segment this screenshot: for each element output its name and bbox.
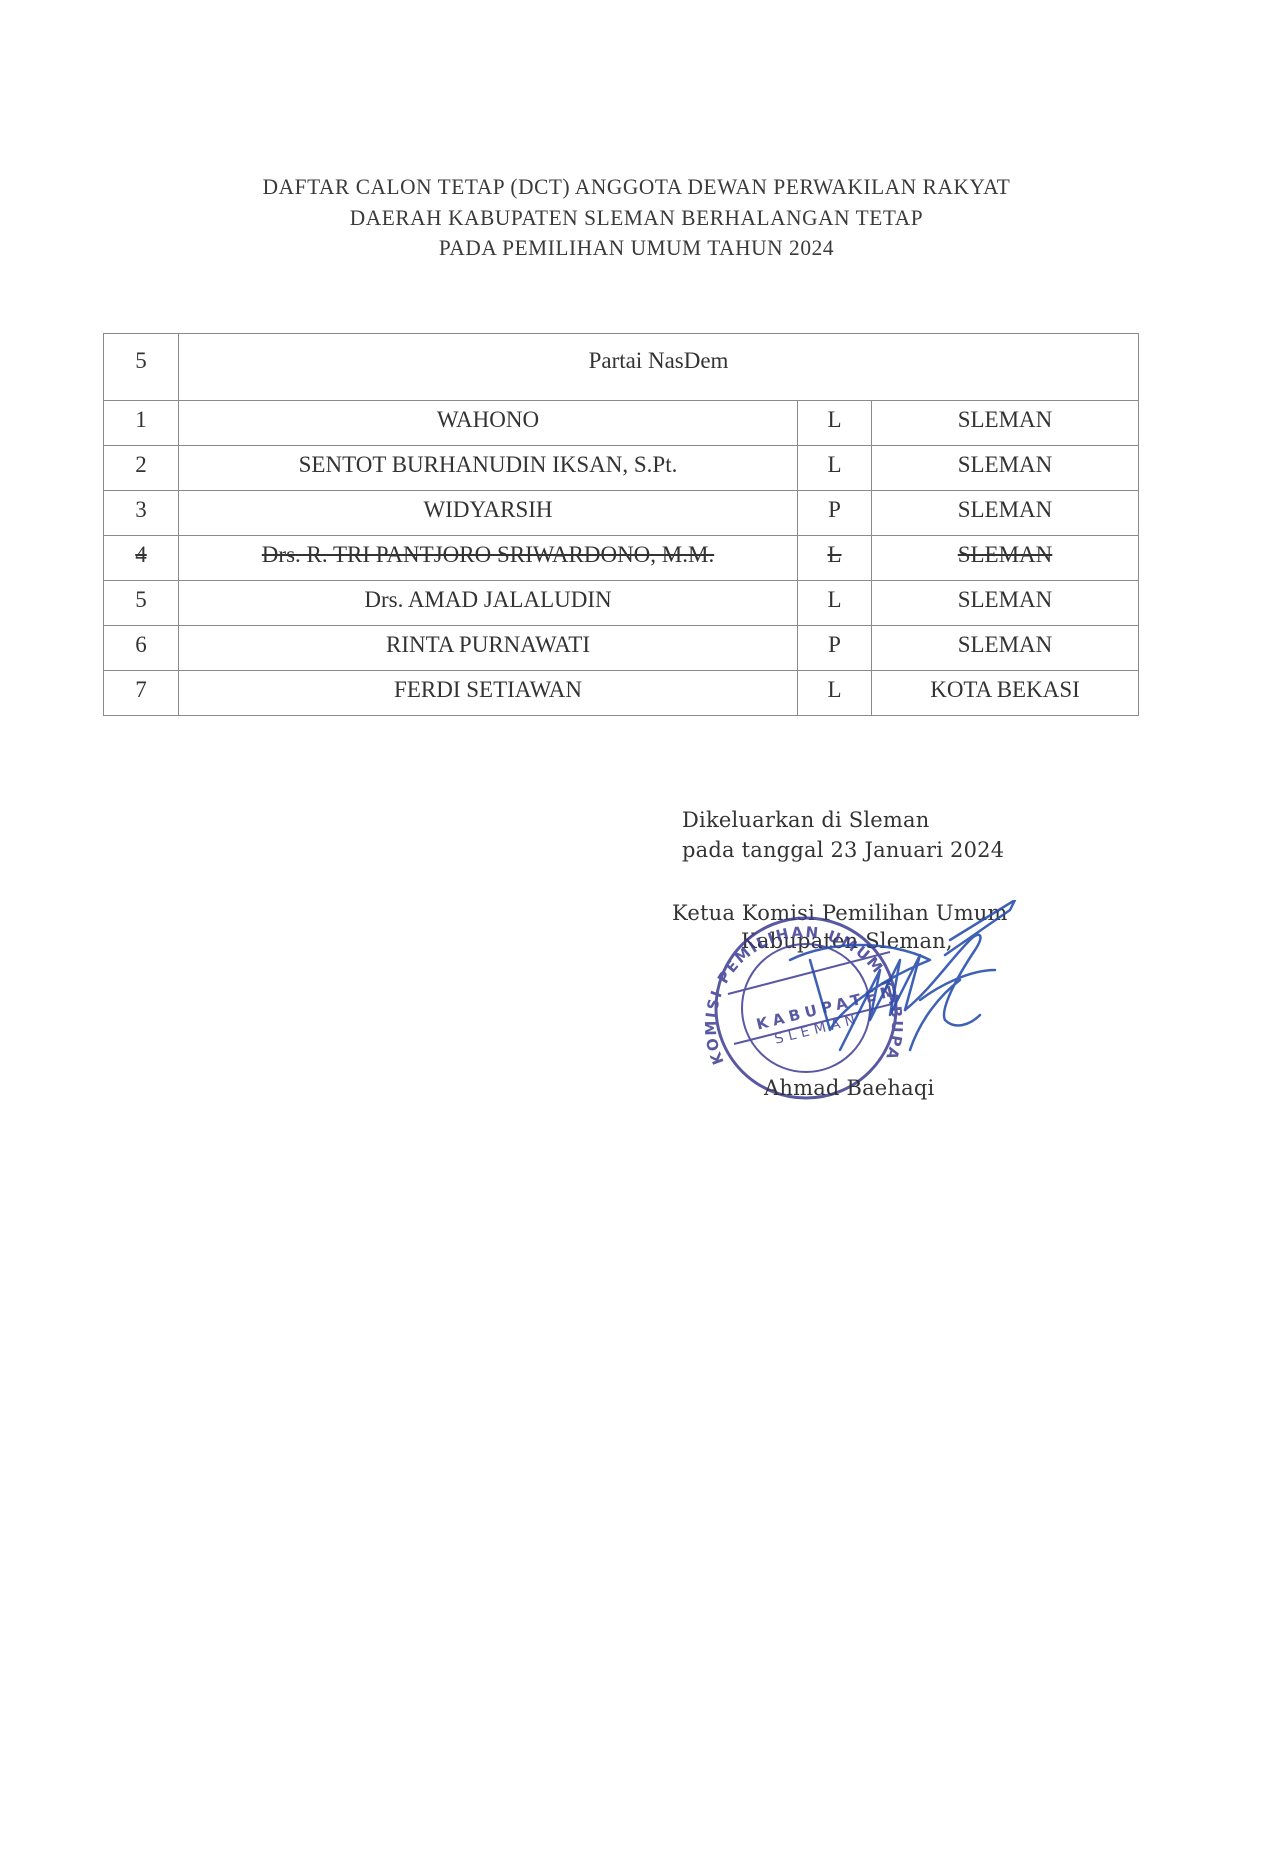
candidate-table: 5 Partai NasDem 1 WAHONO L SLEMAN 2 SENT… bbox=[103, 333, 1139, 716]
candidate-domicile: SLEMAN bbox=[872, 401, 1139, 446]
candidate-number: 5 bbox=[104, 581, 179, 626]
candidate-name: SENTOT BURHANUDIN IKSAN, S.Pt. bbox=[179, 446, 798, 491]
candidate-sex: P bbox=[798, 626, 872, 671]
document-title: DAFTAR CALON TETAP (DCT) ANGGOTA DEWAN P… bbox=[19, 172, 1254, 264]
issued-date: pada tanggal 23 Januari 2024 bbox=[682, 838, 1004, 862]
candidate-number: 4 bbox=[104, 536, 179, 581]
candidate-sex: L bbox=[798, 581, 872, 626]
issued-place: Dikeluarkan di Sleman bbox=[682, 808, 929, 832]
candidate-domicile: SLEMAN bbox=[872, 581, 1139, 626]
candidate-name: Drs. R. TRI PANTJORO SRIWARDONO, M.M. bbox=[179, 536, 798, 581]
candidate-name: WIDYARSIH bbox=[179, 491, 798, 536]
candidate-sex: L bbox=[798, 446, 872, 491]
candidate-name: WAHONO bbox=[179, 401, 798, 446]
candidate-domicile: SLEMAN bbox=[872, 491, 1139, 536]
candidate-sex: L bbox=[798, 536, 872, 581]
candidate-number: 3 bbox=[104, 491, 179, 536]
title-line-1: DAFTAR CALON TETAP (DCT) ANGGOTA DEWAN P… bbox=[19, 172, 1254, 203]
candidate-name: FERDI SETIAWAN bbox=[179, 671, 798, 716]
candidate-domicile: KOTA BEKASI bbox=[872, 671, 1139, 716]
handwritten-signature-icon bbox=[770, 900, 1030, 1080]
candidate-sex: L bbox=[798, 671, 872, 716]
candidate-sex: P bbox=[798, 491, 872, 536]
title-line-3: PADA PEMILIHAN UMUM TAHUN 2024 bbox=[19, 233, 1254, 264]
candidate-domicile: SLEMAN bbox=[872, 536, 1139, 581]
table-row: 3 WIDYARSIH P SLEMAN bbox=[104, 491, 1139, 536]
table-row: 5 Drs. AMAD JALALUDIN L SLEMAN bbox=[104, 581, 1139, 626]
candidate-number: 7 bbox=[104, 671, 179, 716]
table-row: 2 SENTOT BURHANUDIN IKSAN, S.Pt. L SLEMA… bbox=[104, 446, 1139, 491]
candidate-name: Drs. AMAD JALALUDIN bbox=[179, 581, 798, 626]
party-number: 5 bbox=[104, 334, 179, 401]
table-row: 7 FERDI SETIAWAN L KOTA BEKASI bbox=[104, 671, 1139, 716]
candidate-domicile: SLEMAN bbox=[872, 626, 1139, 671]
table-row: 6 RINTA PURNAWATI P SLEMAN bbox=[104, 626, 1139, 671]
table-row: 1 WAHONO L SLEMAN bbox=[104, 401, 1139, 446]
candidate-number: 6 bbox=[104, 626, 179, 671]
table-row: 4 Drs. R. TRI PANTJORO SRIWARDONO, M.M. … bbox=[104, 536, 1139, 581]
party-name: Partai NasDem bbox=[179, 334, 1139, 401]
candidate-number: 2 bbox=[104, 446, 179, 491]
signatory-name: Ahmad Baehaqi bbox=[764, 1076, 934, 1100]
candidate-number: 1 bbox=[104, 401, 179, 446]
candidate-sex: L bbox=[798, 401, 872, 446]
candidate-domicile: SLEMAN bbox=[872, 446, 1139, 491]
title-line-2: DAERAH KABUPATEN SLEMAN BERHALANGAN TETA… bbox=[19, 203, 1254, 234]
party-header-row: 5 Partai NasDem bbox=[104, 334, 1139, 401]
candidate-name: RINTA PURNAWATI bbox=[179, 626, 798, 671]
